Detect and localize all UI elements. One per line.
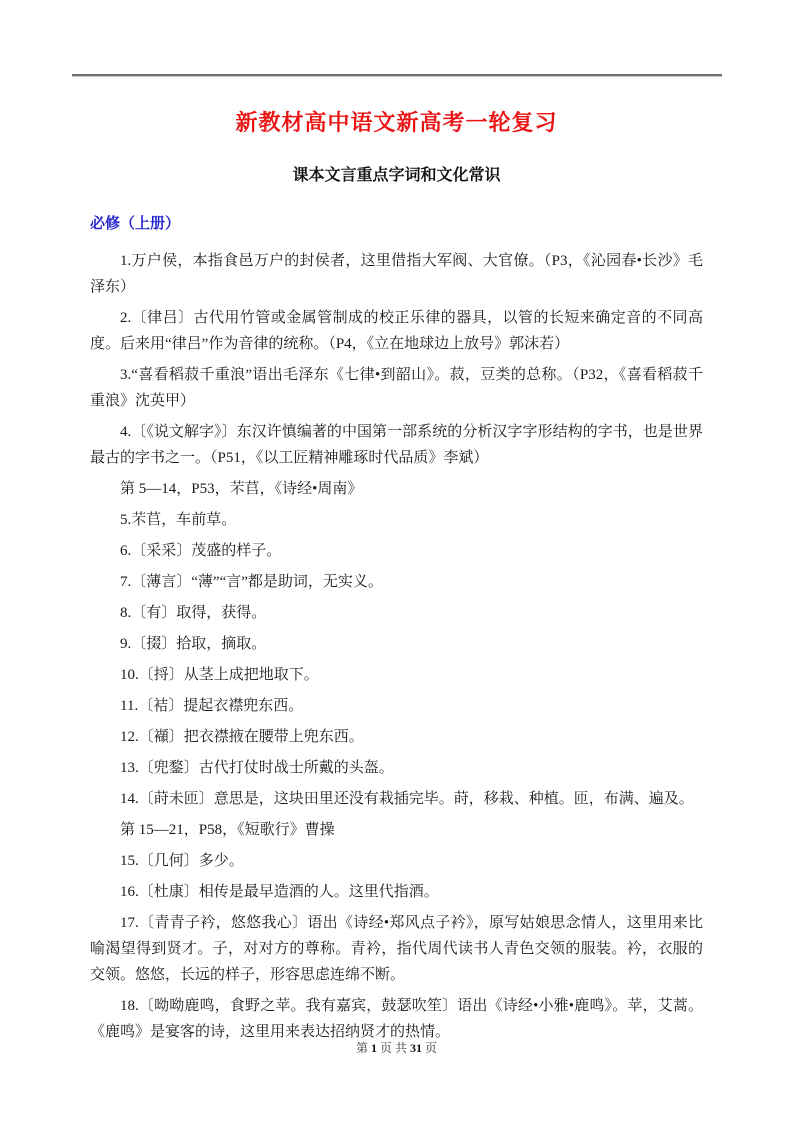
paragraph: 2.〔律吕〕古代用竹管或金属管制成的校正乐律的器具，以管的长短来确定音的不同高度… [90, 305, 703, 357]
paragraph: 12.〔襭〕把衣襟掖在腰带上兜东西。 [90, 724, 703, 750]
page-footer: 第 1 页 共 31 页 [0, 1039, 793, 1056]
paragraph: 16.〔杜康〕相传是最早造酒的人。这里代指酒。 [90, 879, 703, 905]
paragraph: 5.芣苢，车前草。 [90, 507, 703, 533]
paragraph: 9.〔掇〕拾取，摘取。 [90, 631, 703, 657]
paragraph: 17.〔青青子衿，悠悠我心〕语出《诗经•郑风点子衿》，原写姑娘思念情人，这里用来… [90, 910, 703, 988]
paragraph: 10.〔捋〕从茎上成把地取下。 [90, 662, 703, 688]
paragraph: 1.万户侯，本指食邑万户的封侯者，这里借指大军阀、大官僚。（P3，《沁园春•长沙… [90, 248, 703, 300]
paragraph: 4.〔《说文解字》〕东汉许慎编著的中国第一部系统的分析汉字字形结构的字书，也是世… [90, 419, 703, 471]
footer-label-of: 页 共 [380, 1041, 407, 1055]
footer-total-pages: 31 [410, 1041, 422, 1055]
paragraph: 14.〔莳未匝〕意思是，这块田里还没有栽插完毕。莳，移栽、种植。匝，布满、遍及。 [90, 786, 703, 812]
document-title: 新教材高中语文新高考一轮复习 [90, 106, 703, 140]
document-body: 1.万户侯，本指食邑万户的封侯者，这里借指大军阀、大官僚。（P3，《沁园春•长沙… [90, 248, 703, 1045]
paragraph: 8.〔有〕取得，获得。 [90, 600, 703, 626]
footer-current-page: 1 [371, 1041, 377, 1055]
paragraph: 15.〔几何〕多少。 [90, 848, 703, 874]
paragraph: 第 5—14，P53，芣苢，《诗经•周南》 [90, 476, 703, 502]
document-page: 新教材高中语文新高考一轮复习 课本文言重点字词和文化常识 必修（上册） 1.万户… [0, 0, 793, 1122]
paragraph: 7.〔薄言〕“薄”“言”都是助词，无实义。 [90, 569, 703, 595]
paragraph: 3.“喜看稻菽千重浪”语出毛泽东《七律•到韶山》。菽，豆类的总称。（P32，《喜… [90, 362, 703, 414]
document-subtitle: 课本文言重点字词和文化常识 [90, 164, 703, 188]
paragraph: 第 15—21，P58，《短歌行》曹操 [90, 817, 703, 843]
paragraph: 18.〔呦呦鹿鸣，食野之苹。我有嘉宾，鼓瑟吹笙〕语出《诗经•小雅•鹿鸣》。苹，艾… [90, 993, 703, 1045]
paragraph: 11.〔袺〕提起衣襟兜东西。 [90, 693, 703, 719]
footer-label-pages: 页 [425, 1041, 437, 1055]
paragraph: 13.〔兜鍪〕古代打仗时战士所戴的头盔。 [90, 755, 703, 781]
paragraph: 6.〔采采〕茂盛的样子。 [90, 538, 703, 564]
section-heading: 必修（上册） [90, 212, 703, 236]
document-content: 新教材高中语文新高考一轮复习 课本文言重点字词和文化常识 必修（上册） 1.万户… [0, 0, 793, 1045]
footer-label-page: 第 [356, 1041, 368, 1055]
header-divider [72, 74, 722, 76]
